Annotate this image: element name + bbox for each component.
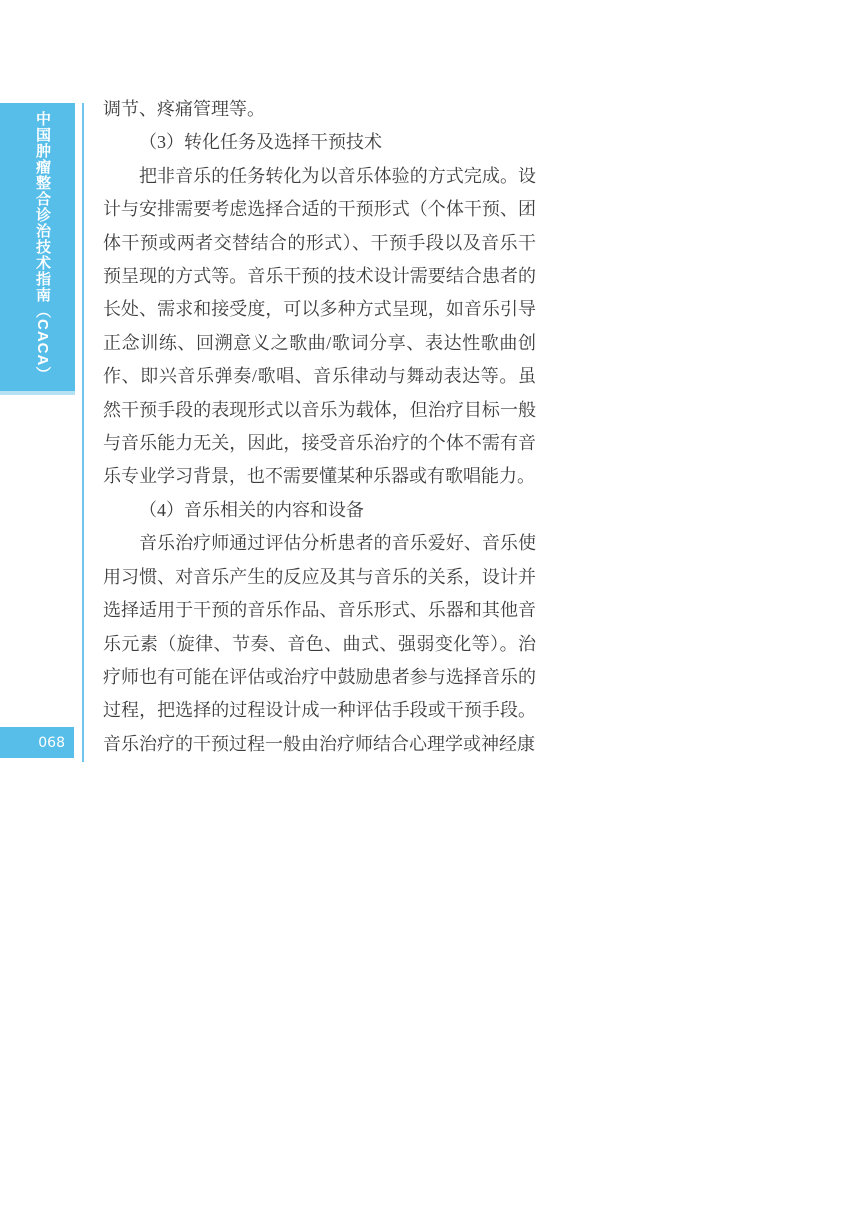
paragraph-heading-3: （3）转化任务及选择干预技术 — [103, 126, 536, 159]
paragraph: 把非音乐的任务转化为以音乐体验的方式完成。设计与安排需要考虑选择合适的干预形式（… — [103, 160, 536, 494]
paragraph: 音乐治疗师通过评估分析患者的音乐爱好、音乐使用习惯、对音乐产生的反应及其与音乐的… — [103, 527, 536, 761]
margin-divider-rule — [82, 103, 84, 762]
page-number: 068 — [38, 735, 65, 751]
paragraph-heading-4: （4）音乐相关的内容和设备 — [103, 494, 536, 527]
sidebar-banner: 中国肿瘤整合诊治技术指南（CACA） — [0, 103, 75, 395]
paragraph: 调节、疼痛管理等。 — [103, 93, 536, 126]
book-page: 中国肿瘤整合诊治技术指南（CACA） 068 调节、疼痛管理等。 （3）转化任务… — [0, 0, 867, 1218]
body-text-column: 调节、疼痛管理等。 （3）转化任务及选择干预技术 把非音乐的任务转化为以音乐体验… — [103, 93, 536, 761]
page-number-badge: 068 — [0, 727, 74, 758]
book-title-vertical: 中国肿瘤整合诊治技术指南（CACA） — [32, 111, 53, 382]
